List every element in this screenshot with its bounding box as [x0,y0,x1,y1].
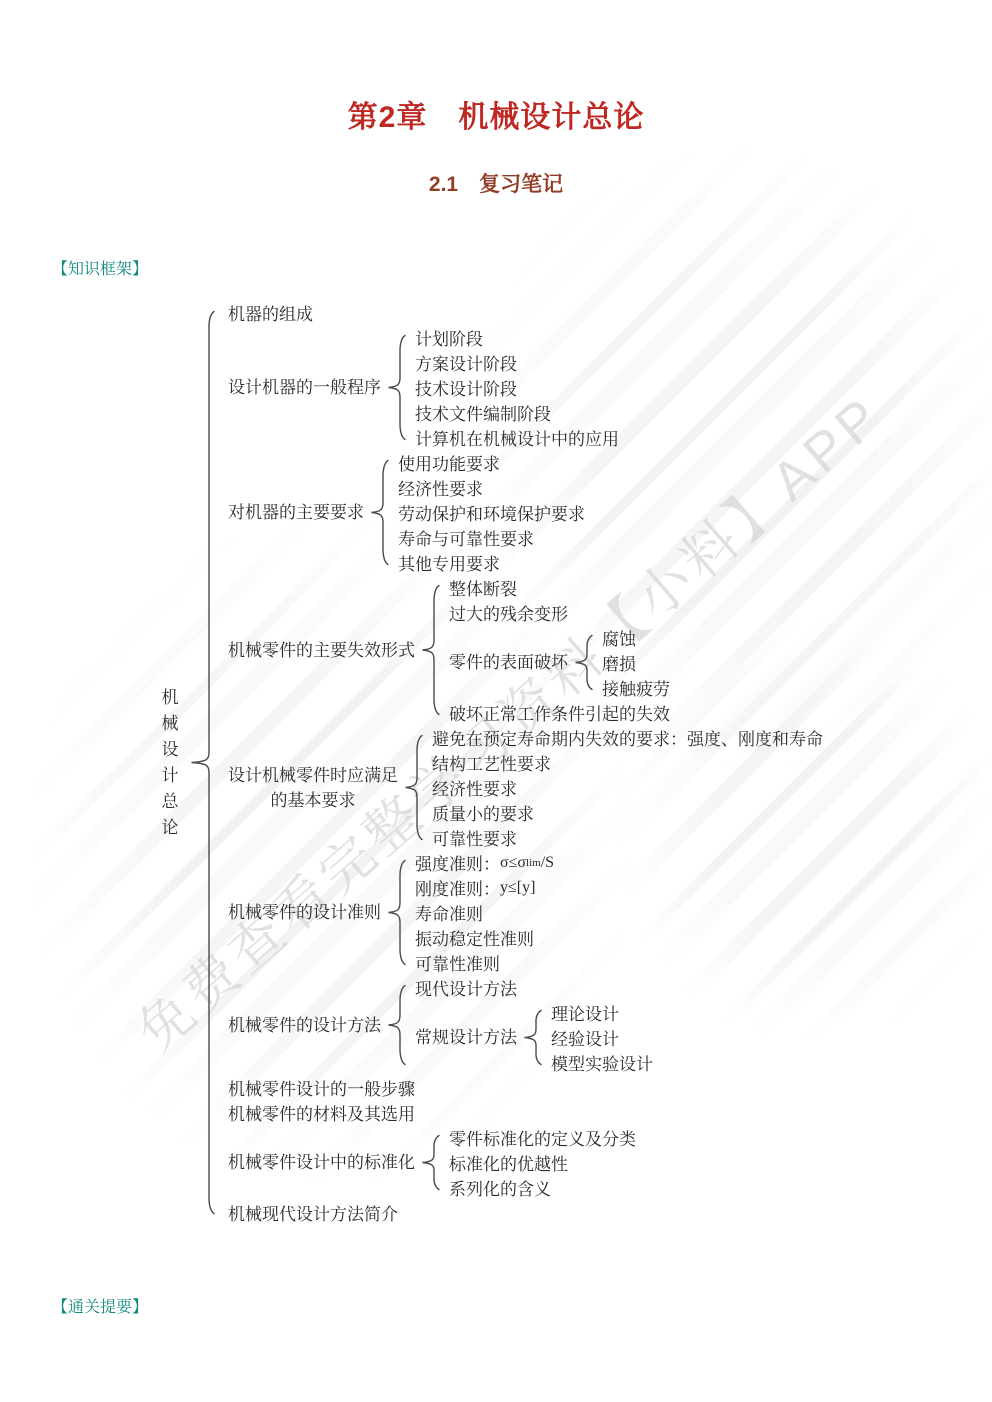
brace-curve [421,584,441,716]
tree-leaf: 技术设计阶段 [415,375,517,400]
tree-leaf: 系列化的含义 [449,1175,551,1200]
brace-curve [421,1134,441,1191]
tree-leaf: 机械零件的材料及其选用 [228,1100,415,1125]
tree-leaf: 使用功能要求 [398,450,500,475]
tree-node-label: 设计机器的一般程序 [228,375,387,400]
tree-leaf: 方案设计阶段 [415,350,517,375]
tree-leaf: 寿命与可靠性要求 [398,525,534,550]
tree-leaf: 振动稳定性准则 [415,925,534,950]
tree-root-char: 论 [162,815,179,841]
tree-label-segment: 刚度准则： [415,875,500,900]
tree-label-segment: lim [526,857,541,869]
brace-curve [574,634,594,691]
tree-branch: 机械设计总论机器的组成设计机器的一般程序计划阶段方案设计阶段技术设计阶段技术文件… [158,300,823,1225]
tree-label-segment: σ≤σ [500,854,526,872]
tree-leaf: 接触疲劳 [602,675,670,700]
brace-curve [387,859,407,966]
tree-leaf: 理论设计 [551,1000,619,1025]
tree-children: 使用功能要求经济性要求劳动保护和环境保护要求寿命与可靠性要求其他专用要求 [390,450,585,575]
tree-leaf: 腐蚀 [602,625,636,650]
tree-leaf: 经济性要求 [398,475,483,500]
chapter-title: 第2章 机械设计总论 [0,92,992,136]
tree-branch: 对机器的主要要求使用功能要求经济性要求劳动保护和环境保护要求寿命与可靠性要求其他… [228,450,585,575]
tree-children: 机器的组成设计机器的一般程序计划阶段方案设计阶段技术设计阶段技术文件编制阶段计算… [216,300,823,1225]
tree-leaf: 强度准则：σ≤σlim/S [415,850,554,875]
tree-node-label: 机械零件的主要失效形式 [228,638,421,663]
tree-node-label: 对机器的主要要求 [228,500,370,525]
brace-curve [404,734,424,841]
tree-leaf: 可靠性准则 [415,950,500,975]
tree-root-char: 设 [162,737,179,763]
knowledge-tree: 机械设计总论机器的组成设计机器的一般程序计划阶段方案设计阶段技术设计阶段技术文件… [158,300,823,1225]
tree-leaf: 刚度准则：y≤[y] [415,875,535,900]
tree-brace [387,334,407,441]
brace-curve [387,334,407,441]
tree-children: 计划阶段方案设计阶段技术设计阶段技术文件编制阶段计算机在机械设计中的应用 [407,325,619,450]
tree-branch: 设计机械零件时应满足 的基本要求避免在预定寿命期内失效的要求：强度、刚度和寿命结… [228,725,823,850]
tree-leaf: 寿命准则 [415,900,483,925]
tree-brace [404,734,424,841]
brace-curve [387,984,407,1066]
tree-leaf: 过大的残余变形 [449,600,568,625]
tree-leaf: 计算机在机械设计中的应用 [415,425,619,450]
tree-children: 零件标准化的定义及分类标准化的优越性系列化的含义 [441,1125,636,1200]
tree-branch: 机械零件的设计方法现代设计方法常规设计方法理论设计经验设计模型实验设计 [228,975,653,1075]
tree-node-label: 机械零件的设计准则 [228,900,387,925]
tree-leaf: 标准化的优越性 [449,1150,568,1175]
tree-branch: 机械零件的主要失效形式整体断裂过大的残余变形零件的表面破坏腐蚀磨损接触疲劳破坏正… [228,575,670,725]
tree-branch: 机械零件的设计准则强度准则：σ≤σlim/S刚度准则：y≤[y]寿命准则振动稳定… [228,850,554,975]
tree-brace [387,984,407,1066]
tree-leaf: 避免在预定寿命期内失效的要求：强度、刚度和寿命 [432,725,823,750]
tree-node-label: 机械零件的设计方法 [228,1013,387,1038]
tree-leaf: 机器的组成 [228,300,313,325]
tree-leaf: 经济性要求 [432,775,517,800]
tree-root-char: 机 [162,685,179,711]
tree-leaf: 破坏正常工作条件引起的失效 [449,700,670,725]
tree-node-label: 机械零件设计中的标准化 [228,1150,421,1175]
tree-leaf: 计划阶段 [415,325,483,350]
tree-branch: 设计机器的一般程序计划阶段方案设计阶段技术设计阶段技术文件编制阶段计算机在机械设… [228,325,619,450]
tree-leaf: 机械零件设计的一般步骤 [228,1075,415,1100]
tree-children: 整体断裂过大的残余变形零件的表面破坏腐蚀磨损接触疲劳破坏正常工作条件引起的失效 [441,575,670,725]
tree-root-char: 计 [162,763,179,789]
tree-leaf: 磨损 [602,650,636,675]
tree-leaf: 经验设计 [551,1025,619,1050]
tree-children: 现代设计方法常规设计方法理论设计经验设计模型实验设计 [407,975,653,1075]
tree-leaf: 机械现代设计方法简介 [228,1200,398,1225]
tree-node-label: 零件的表面破坏 [449,650,574,675]
tree-brace [190,310,216,1215]
tree-root-char: 总 [162,789,179,815]
tree-brace [421,584,441,716]
tree-leaf: 整体断裂 [449,575,517,600]
tree-label-segment: y≤[y] [500,879,535,897]
tree-brace [523,1009,543,1066]
tree-root-char: 械 [162,711,179,737]
tree-leaf: 零件标准化的定义及分类 [449,1125,636,1150]
tree-children: 理论设计经验设计模型实验设计 [543,1000,653,1075]
tree-brace [387,859,407,966]
tree-leaf: 劳动保护和环境保护要求 [398,500,585,525]
tree-leaf: 模型实验设计 [551,1050,653,1075]
tree-leaf: 技术文件编制阶段 [415,400,551,425]
brace-curve [190,310,216,1215]
tree-children: 强度准则：σ≤σlim/S刚度准则：y≤[y]寿命准则振动稳定性准则可靠性准则 [407,850,554,975]
tree-children: 避免在预定寿命期内失效的要求：强度、刚度和寿命结构工艺性要求经济性要求质量小的要… [424,725,823,850]
tree-leaf: 结构工艺性要求 [432,750,551,775]
section-title: 2.1 复习笔记 [0,168,992,198]
pass-guide-label: 【通关提要】 [52,1294,148,1317]
tree-brace [421,1134,441,1191]
knowledge-frame-label: 【知识框架】 [52,256,148,279]
tree-branch: 零件的表面破坏腐蚀磨损接触疲劳 [449,625,670,700]
tree-branch: 机械零件设计中的标准化零件标准化的定义及分类标准化的优越性系列化的含义 [228,1125,636,1200]
tree-brace [574,634,594,691]
brace-curve [370,459,390,566]
tree-label-segment: 强度准则： [415,850,500,875]
tree-label-segment: /S [541,854,554,872]
tree-brace [370,459,390,566]
tree-node-label: 设计机械零件时应满足 的基本要求 [228,763,404,813]
brace-curve [523,1009,543,1066]
tree-node-label: 机械设计总论 [158,685,182,841]
tree-leaf: 其他专用要求 [398,550,500,575]
tree-node-label: 常规设计方法 [415,1025,523,1050]
tree-children: 腐蚀磨损接触疲劳 [594,625,670,700]
tree-leaf: 可靠性要求 [432,825,517,850]
tree-leaf: 现代设计方法 [415,975,517,1000]
tree-branch: 常规设计方法理论设计经验设计模型实验设计 [415,1000,653,1075]
tree-leaf: 质量小的要求 [432,800,534,825]
